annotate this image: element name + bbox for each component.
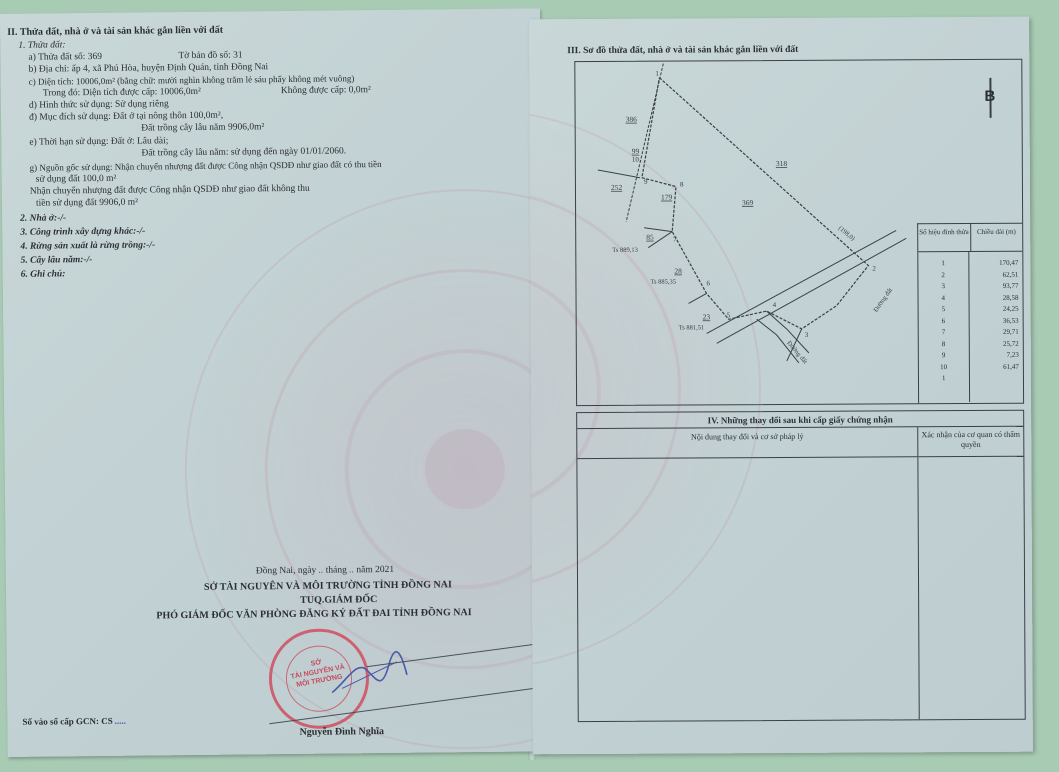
vertex-label: 4 [773,301,777,309]
registry-number: Số vào sổ cấp GCN: CS ..... [22,716,126,728]
col-header-change-content: Nội dung thay đổi và cơ sở pháp lý [577,427,918,458]
vertex-id: 9 [919,350,969,362]
vertex-label: 7 [673,236,677,244]
col-header-authority-confirmation: Xác nhận của cơ quan có thẩm quyền [918,427,1023,457]
edge-length: 36,53 [969,315,1019,327]
edge-length: 61,47 [969,361,1019,373]
svg-text:Ts 881,51: Ts 881,51 [679,324,705,331]
svg-text:Ts 885,35: Ts 885,35 [650,279,676,286]
change-content-cell [577,457,919,721]
on-behalf-of: TUQ.GIÁM ĐỐC [300,594,377,607]
svg-text:386: 386 [626,115,638,124]
item-other-construction: 3. Công trình xây dựng khác:-/- [20,226,145,239]
vertex-id: 2 [918,270,968,282]
vertex-id: 5 [919,304,969,316]
watermark-center [424,429,505,510]
parcel-diagram: 1 2 3 4 5 6 7 8 9 10 386 318 252 179 99 … [574,59,1024,406]
vertex-id: 10 [919,362,969,374]
map-sheet-number: Tờ bản đồ số: 31 [178,50,242,63]
usage-origin-2: sử dụng đất 100,0 m² [36,174,117,187]
svg-text:252: 252 [611,183,623,192]
edge-length: 25,72 [969,338,1019,350]
usage-purpose-2: Đất trồng cây lâu năm 9906,0m² [141,122,264,135]
edge-length: 29,71 [969,327,1019,339]
land-heading: 1. Thửa đất: [18,40,65,52]
col-header-vertex: Số hiệu đỉnh thửa [918,224,971,251]
usage-origin-4: tiền sử dụng đất 9906,0 m² [36,198,138,211]
area-not-granted: Không được cấp: 0,0m² [281,85,371,98]
svg-text:(198,0): (198,0) [837,225,856,243]
vertex-label: 2 [872,264,876,272]
edge-length: 93,77 [969,281,1019,293]
usage-origin-3: Nhận chuyển nhượng đất được Công nhận QS… [30,184,310,199]
section-ii-title: II. Thửa đất, nhà ở và tài sản khác gắn … [7,25,223,40]
svg-text:Đường đất: Đường đất [873,287,895,314]
area-granted: Trong đó: Diện tích được cấp: 10006,0m² [43,87,201,101]
parcel-number: a) Thửa đất số: 369 [28,52,102,65]
usage-term-2: Đất trồng cây lâu năm: sử dụng đến ngày … [141,146,346,160]
svg-text:Ts 889,13: Ts 889,13 [612,247,638,254]
edge-length: 62,51 [969,269,1019,281]
vertex-label: 3 [805,331,809,339]
svg-text:179: 179 [661,193,673,202]
edge-length: 24,25 [969,304,1019,316]
vertex-label: 9 [644,178,648,186]
svg-text:369: 369 [742,198,754,207]
col-header-length: Chiều dài (m) [971,224,1023,251]
certificate-right-page: III. Sơ đồ thửa đất, nhà ở và tài sản kh… [529,17,1033,755]
vertex-id: 8 [919,339,969,351]
edge-length: 170,47 [969,258,1019,270]
edge-length [969,373,1019,385]
boundary-length-table: Số hiệu đỉnh thửa Chiều dài (m) 12345678… [917,223,1023,404]
date-day: .. [319,566,324,576]
svg-text:85: 85 [646,233,654,242]
signer-name: Nguyễn Đình Nghĩa [299,726,384,739]
issue-date: Đồng Nai, ngày .. tháng .. năm 2021 [256,565,394,578]
section-iii-title: III. Sơ đồ thửa đất, nhà ở và tài sản kh… [567,45,798,58]
issuing-agency: SỞ TÀI NGUYÊN VÀ MÔI TRƯỜNG TỈNH ĐỒNG NA… [204,579,452,594]
handwritten-signature [327,650,418,701]
vertex-id: 1 [918,258,968,270]
vertex-id: 3 [918,281,968,293]
svg-text:99: 99 [632,147,640,156]
north-arrow-icon: B [983,78,997,118]
usage-origin: g) Nguồn gốc sử dụng: Nhận chuyển nhượng… [30,159,382,174]
authority-confirmation-cell [918,457,1024,720]
edge-length: 28,58 [969,292,1019,304]
item-notes: 6. Ghi chú: [21,269,66,281]
vertex-label: 10 [632,156,640,164]
vertex-label: 5 [727,311,731,319]
item-planted-forest: 4. Rừng sản xuất là rừng trồng:-/- [20,240,155,253]
edge-length: 7,23 [969,350,1019,362]
item-house: 2. Nhà ở:-/- [20,213,66,225]
date-month: .. [349,565,354,575]
svg-text:Đường đất: Đường đất [785,340,808,366]
svg-text:28: 28 [674,267,682,276]
vertex-id: 1 [919,373,969,385]
changes-table: IV. Những thay đổi sau khi cấp giấy chứn… [576,410,1026,722]
vertex-id: 6 [919,316,969,328]
vertex-label: 1 [655,70,659,78]
svg-text:23: 23 [703,312,711,321]
vertex-label: 8 [680,181,684,189]
vertex-id: 4 [919,293,969,305]
certificate-left-page: II. Thửa đất, nhà ở và tài sản khác gắn … [0,8,548,757]
vertex-id: 7 [919,327,969,339]
vertex-label: 6 [706,279,710,287]
svg-text:318: 318 [776,159,788,168]
item-perennial-trees: 5. Cây lâu năm:-/- [21,255,93,268]
